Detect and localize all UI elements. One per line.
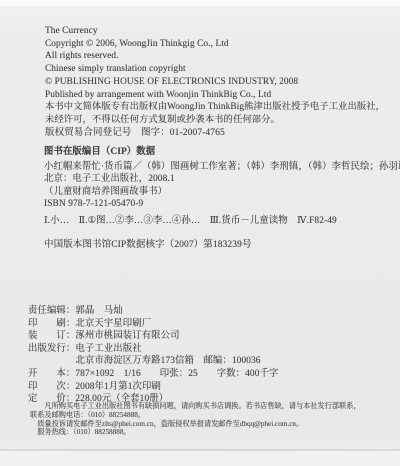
cip-line: （儿童财商培养图画故事书） <box>44 186 389 198</box>
publication-info-line: 开 本：787×1092 1/16 印张：25 字数：400千字 <box>28 368 388 381</box>
publication-info-line: 出版发行：电子工业出版社 <box>28 343 388 356</box>
notice-line: 联系及邮购电话：（010）88254888。 <box>30 411 385 420</box>
copyright-block: The CurrencyCopyright © 2006, WoongJin T… <box>45 25 385 127</box>
cip-record-number-line: 中国版本图书馆CIP数据核字（2007）第183239号 <box>44 236 252 250</box>
cip-data-block: 图书在版编目（CIP）数据 小红帽来帮忙·货币篇／（韩）图画树工作室著；（韩）李… <box>44 146 389 210</box>
publication-info-line: 印 次：2008年1月第1次印刷 <box>28 381 388 394</box>
copyright-line: © PUBLISHING HOUSE OF ELECTRONICS INDUST… <box>45 76 385 89</box>
cip-classification-line: Ⅰ.小… Ⅱ.①图…②李…③李…④孙… Ⅲ.货币－儿童读物 Ⅳ.F82-49 <box>44 212 337 226</box>
publication-info-line: 责任编辑：郭晶 马灿 <box>28 305 388 318</box>
purchase-notice-block: 凡所购买电子工业出版社图书有缺损问题，请向购买书店调换。若书店售缺，请与本社发行… <box>30 402 385 437</box>
publication-info-line: 印 刷：北京天宇星印刷厂 <box>28 318 388 331</box>
publication-info-line: 北京市海淀区万寿路173信箱 邮编：100036 <box>28 355 388 368</box>
publication-info-line: 装 订：涿州市桃园装订有限公司 <box>28 330 388 343</box>
copyright-registration-line: 版权贸易合同登记号 图字：01-2007-4765 <box>45 127 225 139</box>
copyright-line: Published by arrangement with Woonjin Th… <box>45 89 385 102</box>
copyright-line: All rights reserved. <box>45 50 385 63</box>
copyright-line: The Currency <box>45 25 385 38</box>
cip-line: ISBN 978-7-121-05470-9 <box>44 198 389 210</box>
notice-line: 服务热线：（010）88258888。 <box>30 428 385 437</box>
cip-line: 北京：电子工业出版社，2008.1 <box>44 173 389 185</box>
copyright-line: 未经许可，不得以任何方式复制或抄袭本书的任何部分。 <box>45 114 385 127</box>
cip-description-lines: 小红帽来帮忙·货币篇／（韩）图画树工作室著；（韩）李刑镇，（韩）李哲民绘；孙羽译… <box>44 161 389 210</box>
copyright-line: Chinese simply translation copyright <box>45 63 385 76</box>
notice-line: 凡所购买电子工业出版社图书有缺损问题，请向购买书店调换。若书店售缺，请与本社发行… <box>30 402 385 411</box>
cip-heading: 图书在版编目（CIP）数据 <box>44 146 389 158</box>
scanner-background <box>0 451 400 466</box>
cip-line: 小红帽来帮忙·货币篇／（韩）图画树工作室著；（韩）李刑镇，（韩）李哲民绘；孙羽译… <box>44 161 389 173</box>
publication-info-block: 责任编辑：郭晶 马灿印 刷：北京天宇星印刷厂装 订：涿州市桃园装订有限公司出版发… <box>28 305 388 406</box>
scanned-colophon-page: The CurrencyCopyright © 2006, WoongJin T… <box>0 0 400 466</box>
scanner-edge-strip <box>0 0 400 6</box>
copyright-line: Copyright © 2006, WoongJin Thinkgig Co.,… <box>45 38 385 51</box>
copyright-line: 本书中文简体版专有出版权由WoongJin ThinkBig熊津出版社授予电子工… <box>45 101 385 114</box>
